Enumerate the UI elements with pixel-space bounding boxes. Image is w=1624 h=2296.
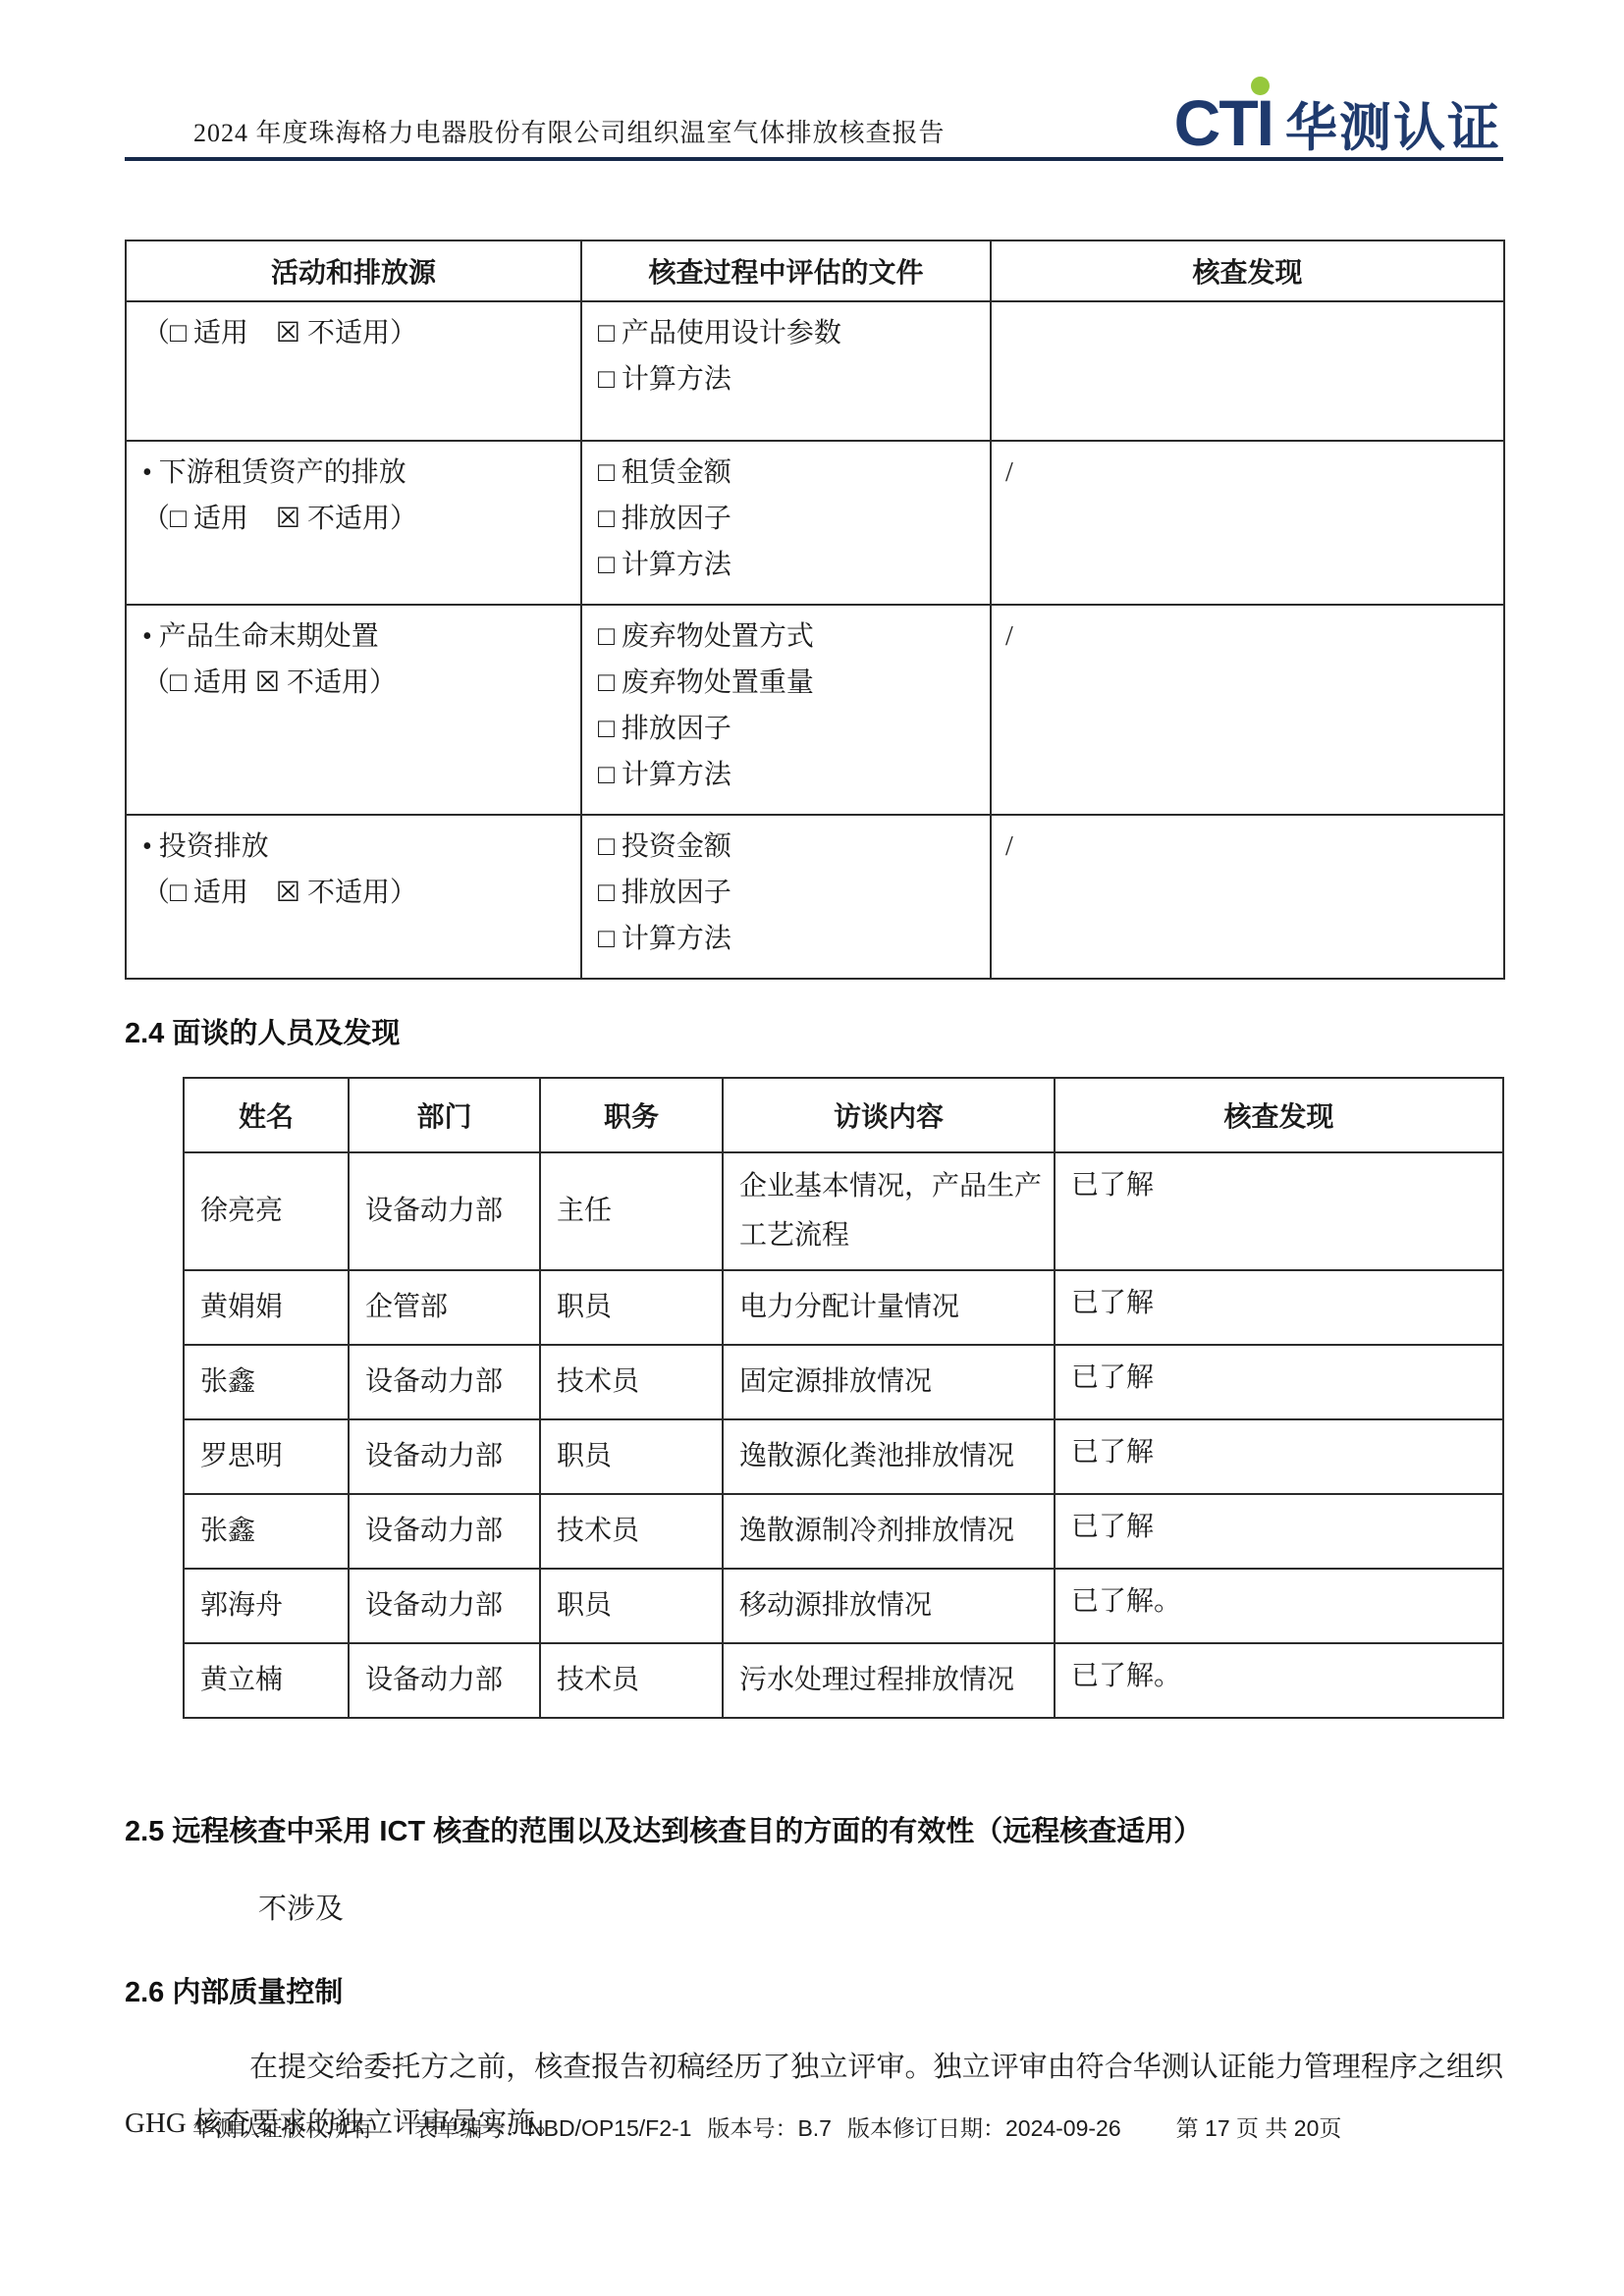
doc-checkbox-line: □ 计算方法 (598, 752, 978, 798)
page-header: 2024 年度珠海格力电器股份有限公司组织温室气体排放核查报告 CTI 华测认证 (125, 55, 1503, 155)
position-cell: 职员 (540, 1569, 723, 1643)
table-row: 黄立楠 设备动力部 技术员 污水处理过程排放情况 已了解。 (184, 1643, 1503, 1718)
document-page: 2024 年度珠海格力电器股份有限公司组织温室气体排放核查报告 CTI 华测认证… (0, 0, 1624, 2296)
interview-content-cell: 移动源排放情况 (723, 1569, 1055, 1643)
section-heading-2-4: 2.4 面谈的人员及发现 (125, 1011, 1503, 1051)
doc-checkbox-line: □ 废弃物处置方式 (598, 614, 978, 660)
doc-checkbox-line: □ 产品使用设计参数 (598, 310, 978, 356)
header-divider (125, 157, 1503, 161)
department-cell: 设备动力部 (349, 1643, 540, 1718)
finding-cell: 已了解 (1055, 1345, 1503, 1419)
table-row: 罗思明 设备动力部 职员 逸散源化粪池排放情况 已了解 (184, 1419, 1503, 1494)
table-row: • 产品生命末期处置 （□ 适用 ☒ 不适用） □ 废弃物处置方式 □ 废弃物处… (126, 605, 1504, 815)
table-row: • 投资排放 （□ 适用 ☒ 不适用） □ 投资金额 □ 排放因子 □ 计算方法… (126, 815, 1504, 979)
table-row: • 下游租赁资产的排放 （□ 适用 ☒ 不适用） □ 租赁金额 □ 排放因子 □… (126, 441, 1504, 605)
activity-emission-table: 活动和排放源 核查过程中评估的文件 核查发现 （□ 适用 ☒ 不适用） □ 产品… (125, 240, 1505, 980)
finding-cell: 已了解 (1055, 1494, 1503, 1569)
section-heading-2-5: 2.5 远程核查中采用 ICT 核查的范围以及达到核查目的方面的有效性（远程核查… (125, 1809, 1503, 1849)
logo-cti-text: CTI (1174, 90, 1272, 155)
table-row: 徐亮亮 设备动力部 主任 企业基本情况，产品生产工艺流程 已了解 (184, 1152, 1503, 1270)
docs-cell: □ 投资金额 □ 排放因子 □ 计算方法 (581, 815, 991, 979)
footer-version: 版本号：B.7 (707, 2115, 832, 2141)
doc-checkbox-line: □ 计算方法 (598, 356, 978, 402)
col-header-documents: 核查过程中评估的文件 (581, 240, 991, 301)
activity-cell: • 投资排放 （□ 适用 ☒ 不适用） (126, 815, 581, 979)
name-cell: 罗思明 (184, 1419, 349, 1494)
doc-checkbox-line: □ 废弃物处置重量 (598, 660, 978, 706)
footer-copyright: 华测认证版权所有 (192, 2115, 373, 2141)
table-row: 黄娟娟 企管部 职员 电力分配计量情况 已了解 (184, 1270, 1503, 1345)
doc-checkbox-line: □ 租赁金额 (598, 450, 978, 496)
applicability-line: （□ 适用 ☒ 不适用） (142, 496, 568, 542)
docs-cell: □ 废弃物处置方式 □ 废弃物处置重量 □ 排放因子 □ 计算方法 (581, 605, 991, 815)
col-header-department: 部门 (349, 1078, 540, 1152)
doc-checkbox-line: □ 排放因子 (598, 706, 978, 752)
doc-checkbox-line: □ 计算方法 (598, 916, 978, 962)
table-row: 张鑫 设备动力部 技术员 逸散源制冷剂排放情况 已了解 (184, 1494, 1503, 1569)
name-cell: 黄立楠 (184, 1643, 349, 1718)
finding-cell: 已了解 (1055, 1152, 1503, 1270)
finding-cell: / (991, 441, 1504, 605)
activity-bullet-line: • 下游租赁资产的排放 (142, 450, 568, 496)
col-header-name: 姓名 (184, 1078, 349, 1152)
logo-chinese-name: 华测认证 (1285, 102, 1501, 155)
name-cell: 张鑫 (184, 1345, 349, 1419)
interview-content-cell: 逸散源化粪池排放情况 (723, 1419, 1055, 1494)
finding-cell: 已了解 (1055, 1419, 1503, 1494)
applicability-line: （□ 适用 ☒ 不适用） (142, 310, 568, 356)
doc-checkbox-line: □ 计算方法 (598, 542, 978, 588)
table-row: 郭海舟 设备动力部 职员 移动源排放情况 已了解。 (184, 1569, 1503, 1643)
department-cell: 设备动力部 (349, 1569, 540, 1643)
activity-bullet-line: • 投资排放 (142, 824, 568, 870)
table-row: 张鑫 设备动力部 技术员 固定源排放情况 已了解 (184, 1345, 1503, 1419)
finding-cell: / (991, 815, 1504, 979)
docs-cell: □ 租赁金额 □ 排放因子 □ 计算方法 (581, 441, 991, 605)
activity-bullet-line: • 产品生命末期处置 (142, 614, 568, 660)
position-cell: 技术员 (540, 1494, 723, 1569)
col-header-position: 职务 (540, 1078, 723, 1152)
department-cell: 企管部 (349, 1270, 540, 1345)
footer-revision-date: 版本修订日期：2024-09-26 (847, 2115, 1121, 2141)
activity-cell: • 产品生命末期处置 （□ 适用 ☒ 不适用） (126, 605, 581, 815)
applicability-line: （□ 适用 ☒ 不适用） (142, 660, 568, 706)
logo-dot-icon (1251, 77, 1270, 95)
interview-content-cell: 污水处理过程排放情况 (723, 1643, 1055, 1718)
department-cell: 设备动力部 (349, 1345, 540, 1419)
docs-cell: □ 产品使用设计参数 □ 计算方法 (581, 301, 991, 441)
position-cell: 主任 (540, 1152, 723, 1270)
section-2-5-body: 不涉及 (125, 1887, 1503, 1927)
interview-content-cell: 电力分配计量情况 (723, 1270, 1055, 1345)
doc-checkbox-line: □ 排放因子 (598, 496, 978, 542)
finding-cell (991, 301, 1504, 441)
applicability-line: （□ 适用 ☒ 不适用） (142, 870, 568, 916)
finding-cell: 已了解。 (1055, 1643, 1503, 1718)
finding-cell: 已了解。 (1055, 1569, 1503, 1643)
col-header-finding: 核查发现 (1055, 1078, 1503, 1152)
col-header-activity: 活动和排放源 (126, 240, 581, 301)
table-header-row: 活动和排放源 核查过程中评估的文件 核查发现 (126, 240, 1504, 301)
name-cell: 徐亮亮 (184, 1152, 349, 1270)
report-title: 2024 年度珠海格力电器股份有限公司组织温室气体排放核查报告 (193, 113, 946, 149)
name-cell: 黄娟娟 (184, 1270, 349, 1345)
activity-cell: （□ 适用 ☒ 不适用） (126, 301, 581, 441)
doc-checkbox-line: □ 排放因子 (598, 870, 978, 916)
department-cell: 设备动力部 (349, 1152, 540, 1270)
interview-content-cell: 企业基本情况，产品生产工艺流程 (723, 1152, 1055, 1270)
name-cell: 郭海舟 (184, 1569, 349, 1643)
section-heading-2-6: 2.6 内部质量控制 (125, 1970, 1503, 2010)
department-cell: 设备动力部 (349, 1494, 540, 1569)
footer-form-number: 表单编号：NBD/OP15/F2-1 (414, 2115, 691, 2141)
finding-cell: / (991, 605, 1504, 815)
position-cell: 职员 (540, 1270, 723, 1345)
interview-content-cell: 逸散源制冷剂排放情况 (723, 1494, 1055, 1569)
interview-table: 姓名 部门 职务 访谈内容 核查发现 徐亮亮 设备动力部 主任 企业基本情况，产… (183, 1077, 1504, 1719)
interview-content-cell: 固定源排放情况 (723, 1345, 1055, 1419)
table-row: （□ 适用 ☒ 不适用） □ 产品使用设计参数 □ 计算方法 (126, 301, 1504, 441)
finding-cell: 已了解 (1055, 1270, 1503, 1345)
footer-page-number: 第 17 页 共 20页 (1176, 2115, 1342, 2141)
department-cell: 设备动力部 (349, 1419, 540, 1494)
col-header-interview-content: 访谈内容 (723, 1078, 1055, 1152)
name-cell: 张鑫 (184, 1494, 349, 1569)
activity-cell: • 下游租赁资产的排放 （□ 适用 ☒ 不适用） (126, 441, 581, 605)
position-cell: 技术员 (540, 1345, 723, 1419)
page-content: 2024 年度珠海格力电器股份有限公司组织温室气体排放核查报告 CTI 华测认证… (125, 0, 1503, 2180)
cti-logo: CTI 华测认证 (1174, 90, 1501, 155)
logo-cti-letters: CTI (1174, 86, 1272, 159)
col-header-finding: 核查发现 (991, 240, 1504, 301)
table-header-row: 姓名 部门 职务 访谈内容 核查发现 (184, 1078, 1503, 1152)
page-footer: 华测认证版权所有表单编号：NBD/OP15/F2-1版本号：B.7版本修订日期：… (192, 2110, 1341, 2143)
position-cell: 职员 (540, 1419, 723, 1494)
position-cell: 技术员 (540, 1643, 723, 1718)
doc-checkbox-line: □ 投资金额 (598, 824, 978, 870)
